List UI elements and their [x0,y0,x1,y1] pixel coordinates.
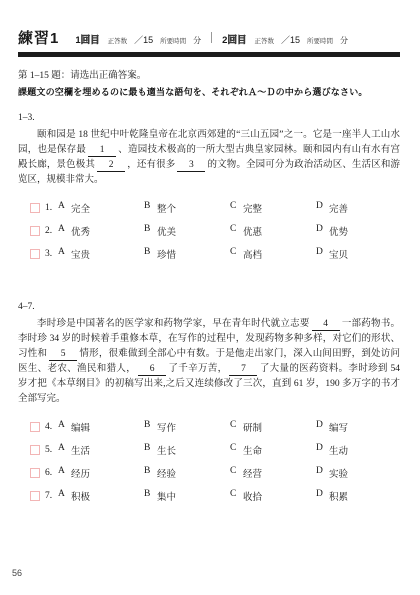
option-letter: D [316,201,329,215]
option-text: 完善 [329,201,348,215]
option-c: C收拾 [230,489,316,503]
answer-checkbox[interactable] [30,468,40,478]
option-a: A宝贵 [58,247,144,261]
round-2: 2 回目 正答数 ／15 所要時間 分 [222,32,348,46]
option-c: C优惠 [230,224,316,238]
option-text: 宝贵 [71,247,90,261]
option-text: 生活 [71,443,90,457]
round-1-score-slot[interactable]: ／15 [134,33,153,46]
fill-blank-5: 5 [49,348,77,361]
fill-blank-3: 3 [177,159,205,172]
option-d: D优势 [316,224,402,238]
option-text: 经营 [243,466,262,480]
option-d: D生动 [316,443,402,457]
question-number: 1. [45,203,58,213]
round-2-minutes-unit: 分 [340,35,348,46]
option-letter: B [144,247,157,261]
section-1-passage: 颐和园是 18 世纪中叶乾隆皇帝在北京西郊建的“三山五园”之一。它是一座半人工山… [18,128,400,188]
option-a: A积极 [58,489,144,503]
option-text: 编辑 [71,420,90,434]
section-2-question-list: 4.A编辑B写作C研制D编写5.A生活B生长C生命D生动6.A经历B经验C经营D… [18,420,400,502]
option-a: A编辑 [58,420,144,434]
option-letter: C [230,201,243,215]
option-text: 写作 [157,420,176,434]
option-text: 珍惜 [157,247,176,261]
page-title: 練習1 [18,27,59,48]
section-1-range-label: 1–3. [18,113,400,123]
option-letter: B [144,420,157,434]
option-b: B集中 [144,489,230,503]
option-text: 完整 [243,201,262,215]
option-letter: D [316,420,329,434]
option-a: A生活 [58,443,144,457]
option-text: 优美 [157,224,176,238]
option-a: A经历 [58,466,144,480]
option-b: B生长 [144,443,230,457]
option-text: 完全 [71,201,90,215]
option-text: 生动 [329,443,348,457]
option-text: 积极 [71,489,90,503]
option-b: B珍惜 [144,247,230,261]
question-row: 5.A生活B生长C生命D生动 [18,443,400,456]
option-letter: C [230,247,243,261]
option-letter: D [316,247,329,261]
option-d: D编写 [316,420,402,434]
fill-blank-4: 4 [312,318,340,331]
option-letter: A [58,224,71,238]
option-letter: D [316,489,329,503]
question-row: 7.A积极B集中C收拾D积累 [18,489,400,502]
option-text: 宝贝 [329,247,348,261]
option-text: 收拾 [243,489,262,503]
header-rule [18,52,400,57]
question-row: 2.A优秀B优美C优惠D优势 [18,224,400,237]
option-letter: B [144,466,157,480]
round-1-correct-count-label: 正答数 [108,36,128,45]
option-letter: D [316,443,329,457]
question-row: 6.A经历B经验C经营D实验 [18,466,400,479]
round-1-minutes-unit: 分 [193,35,201,46]
option-letter: B [144,489,157,503]
section-1: 1–3. 颐和园是 18 世纪中叶乾隆皇帝在北京西郊建的“三山五园”之一。它是一… [18,113,400,260]
round-2-score-slot[interactable]: ／15 [281,33,300,46]
option-c: C生命 [230,443,316,457]
option-a: A完全 [58,201,144,215]
option-c: C研制 [230,420,316,434]
question-number: 3. [45,249,58,259]
page-content: 練習1 1 回目 正答数 ／15 所要時間 分 2 回目 正答数 ／15 所要時… [0,0,420,502]
answer-checkbox[interactable] [30,445,40,455]
fill-blank-1: 1 [88,144,116,157]
option-text: 实验 [329,466,348,480]
option-letter: A [58,201,71,215]
option-text: 经历 [71,466,90,480]
option-b: B优美 [144,224,230,238]
option-text: 编写 [329,420,348,434]
question-row: 3.A宝贵B珍惜C高档D宝贝 [18,247,400,260]
round-2-time-label: 所要時間 [307,36,333,45]
fill-blank-7: 7 [229,363,257,376]
textbook-page: 練習1 1 回目 正答数 ／15 所要時間 分 2 回目 正答数 ／15 所要時… [0,0,420,595]
round-1: 1 回目 正答数 ／15 所要時間 分 [75,32,201,46]
option-text: 经验 [157,466,176,480]
page-number: 56 [12,568,22,578]
option-d: D实验 [316,466,402,480]
question-number: 4. [45,422,58,432]
option-letter: B [144,224,157,238]
question-number: 6. [45,468,58,478]
answer-checkbox[interactable] [30,203,40,213]
option-letter: C [230,420,243,434]
option-text: 整个 [157,201,176,215]
question-number: 5. [45,445,58,455]
option-c: C完整 [230,201,316,215]
section-2-passage: 李时珍是中国著名的医学家和药物学家，早在青年时代就立志要4一部药物书。李时珍 3… [18,317,400,407]
round-2-kaime-label: 回目 [227,32,246,46]
option-c: C经营 [230,466,316,480]
header: 練習1 1 回目 正答数 ／15 所要時間 分 2 回目 正答数 ／15 所要時… [18,27,400,48]
question-number: 2. [45,226,58,236]
option-letter: D [316,224,329,238]
option-text: 优惠 [243,224,262,238]
answer-checkbox[interactable] [30,422,40,432]
answer-checkbox[interactable] [30,226,40,236]
fill-blank-2: 2 [97,159,125,172]
option-letter: A [58,466,71,480]
option-text: 优势 [329,224,348,238]
option-text: 生长 [157,443,176,457]
option-d: D积累 [316,489,402,503]
option-b: B写作 [144,420,230,434]
option-text: 生命 [243,443,262,457]
round-1-kaime-label: 回目 [81,32,100,46]
option-letter: B [144,201,157,215]
option-c: C高档 [230,247,316,261]
option-letter: A [58,489,71,503]
question-row: 1.A完全B整个C完整D完善 [18,201,400,214]
option-letter: A [58,247,71,261]
option-letter: C [230,224,243,238]
option-a: A优秀 [58,224,144,238]
fill-blank-6: 6 [138,363,166,376]
instruction-line-chinese: 第 1–15 題：请选出正确答案。 [18,67,400,81]
option-text: 高档 [243,247,262,261]
section-2-range-label: 4–7. [18,302,400,312]
section-2: 4–7. 李时珍是中国著名的医学家和药物学家，早在青年时代就立志要4一部药物书。… [18,302,400,502]
option-letter: C [230,489,243,503]
question-row: 4.A编辑B写作C研制D编写 [18,420,400,433]
option-b: B整个 [144,201,230,215]
answer-checkbox[interactable] [30,491,40,501]
option-text: 集中 [157,489,176,503]
round-2-correct-count-label: 正答数 [254,36,274,45]
answer-checkbox[interactable] [30,249,40,259]
option-letter: A [58,443,71,457]
instruction-line-japanese: 課題文の空欄を埋めるのに最も適当な語句を、それぞれＡ～Ｄの中から選びなさい。 [18,85,400,98]
round-1-time-label: 所要時間 [160,36,186,45]
option-text: 研制 [243,420,262,434]
option-letter: C [230,466,243,480]
option-b: B经验 [144,466,230,480]
option-d: D宝贝 [316,247,402,261]
option-letter: A [58,420,71,434]
header-divider [211,32,212,43]
question-number: 7. [45,491,58,501]
option-text: 积累 [329,489,348,503]
option-text: 优秀 [71,224,90,238]
option-d: D完善 [316,201,402,215]
section-1-question-list: 1.A完全B整个C完整D完善2.A优秀B优美C优惠D优势3.A宝贵B珍惜C高档D… [18,201,400,260]
option-letter: B [144,443,157,457]
option-letter: D [316,466,329,480]
option-letter: C [230,443,243,457]
